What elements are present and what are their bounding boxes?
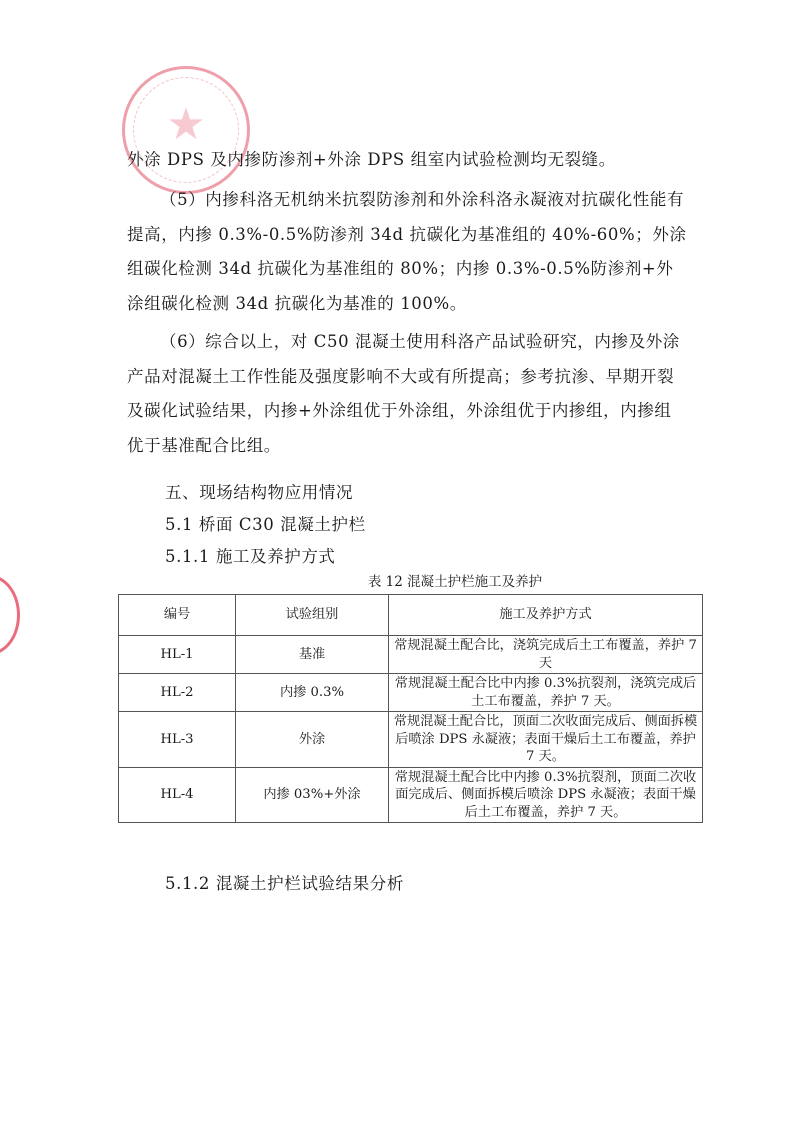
table-caption: 表 12 混凝土护栏施工及养护 — [0, 573, 800, 591]
header-method: 施工及养护方式 — [389, 595, 703, 636]
cell-method: 常规混凝土配合比，浇筑完成后土工布覆盖，养护 7 天 — [389, 636, 703, 674]
cell-id: HL-3 — [119, 712, 236, 768]
table-row: HL-3 外涂 常规混凝土配合比，顶面二次收面完成后、侧面拆模后喷涂 DPS 永… — [119, 712, 703, 768]
table-row: HL-2 内掺 0.3% 常规混凝土配合比中内掺 0.3%抗裂剂，浇筑完成后土工… — [119, 674, 703, 712]
cell-group: 内掺 03%+外涂 — [236, 767, 389, 823]
table-header-row: 编号 试验组别 施工及养护方式 — [119, 595, 703, 636]
cell-method: 常规混凝土配合比，顶面二次收面完成后、侧面拆模后喷涂 DPS 永凝液；表面干燥后… — [389, 712, 703, 768]
paragraph-6: （6）综合以上，对 C50 混凝土使用科洛产品试验研究，内掺及外涂产品对混凝土工… — [127, 325, 687, 463]
cell-id: HL-1 — [119, 636, 236, 674]
cell-group: 基准 — [236, 636, 389, 674]
cell-id: HL-2 — [119, 674, 236, 712]
table-row: HL-1 基准 常规混凝土配合比，浇筑完成后土工布覆盖，养护 7 天 — [119, 636, 703, 674]
intro-line: 外涂 DPS 及内掺防渗剂+外涂 DPS 组室内试验检测均无裂缝。 — [127, 143, 687, 178]
section-heading-5: 五、现场结构物应用情况 — [165, 482, 353, 504]
cell-method: 常规混凝土配合比中内掺 0.3%抗裂剂，浇筑完成后土工布覆盖，养护 7 天。 — [389, 674, 703, 712]
construction-curing-table: 编号 试验组别 施工及养护方式 HL-1 基准 常规混凝土配合比，浇筑完成后土工… — [118, 594, 703, 823]
section-heading-5-1: 5.1 桥面 C30 混凝土护栏 — [165, 514, 366, 536]
cell-group: 外涂 — [236, 712, 389, 768]
section-heading-5-1-1: 5.1.1 施工及养护方式 — [165, 546, 336, 568]
header-group: 试验组别 — [236, 595, 389, 636]
cell-group: 内掺 0.3% — [236, 674, 389, 712]
paragraph-5: （5）内掺科洛无机纳米抗裂防渗剂和外涂科洛永凝液对抗碳化性能有提高，内掺 0.3… — [127, 183, 687, 321]
header-id: 编号 — [119, 595, 236, 636]
star-icon: ★ — [125, 103, 247, 147]
table-row: HL-4 内掺 03%+外涂 常规混凝土配合比中内掺 0.3%抗裂剂，顶面二次收… — [119, 767, 703, 823]
cell-method: 常规混凝土配合比中内掺 0.3%抗裂剂，顶面二次收面完成后、侧面拆模后喷涂 DP… — [389, 767, 703, 823]
cell-id: HL-4 — [119, 767, 236, 823]
section-heading-5-1-2: 5.1.2 混凝土护栏试验结果分析 — [165, 873, 404, 895]
